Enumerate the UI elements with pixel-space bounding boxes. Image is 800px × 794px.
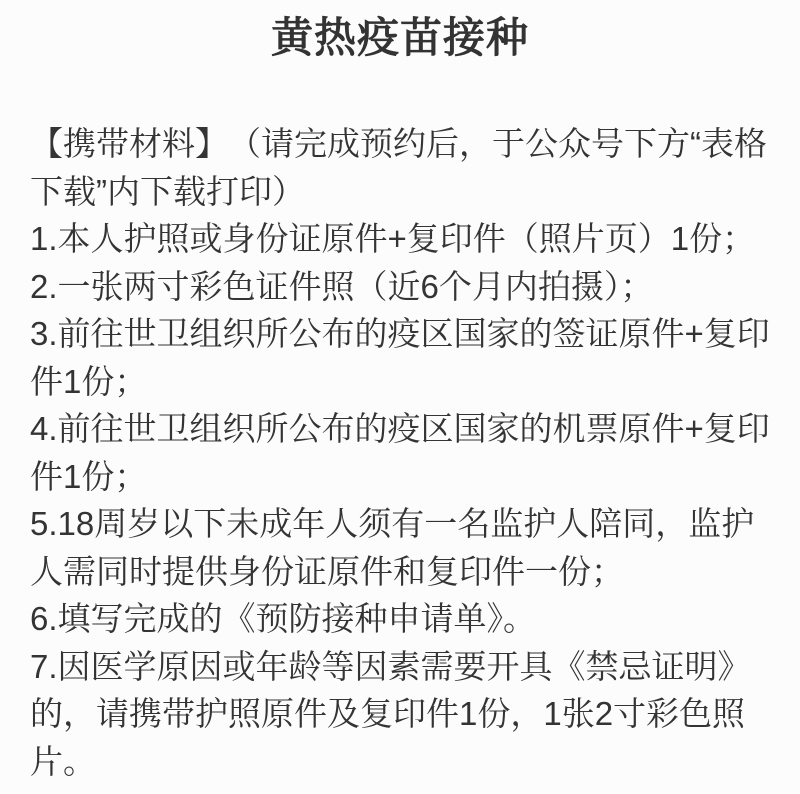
materials-header: 【携带材料】 （请完成预约后，于公众号下方“表格下载”内下载打印） — [30, 120, 772, 215]
list-item-6: 6.填写完成的《预防接种申请单》。 — [30, 595, 772, 643]
list-item-1: 1.本人护照或身份证原件+复印件（照片页）1份； — [30, 215, 772, 263]
list-item-5: 5.18周岁以下未成年人须有一名监护人陪同，监护人需同时提供身份证原件和复印件一… — [30, 500, 772, 595]
list-item-7: 7.因医学原因或年龄等因素需要开具《禁忌证明》的，请携带护照原件及复印件1份，1… — [30, 643, 772, 786]
page-title: 黄热疫苗接种 — [0, 14, 800, 62]
document-page: { "document": { "title": "黄热疫苗接种", "mate… — [0, 0, 800, 794]
list-item-2: 2.一张两寸彩色证件照（近6个月内拍摄）； — [30, 263, 772, 311]
list-item-3: 3.前往世卫组织所公布的疫区国家的签证原件+复印件1份； — [30, 310, 772, 405]
document-body: 【携带材料】 （请完成预约后，于公众号下方“表格下载”内下载打印） 1.本人护照… — [30, 120, 772, 785]
list-item-4: 4.前往世卫组织所公布的疫区国家的机票原件+复印件1份； — [30, 405, 772, 500]
